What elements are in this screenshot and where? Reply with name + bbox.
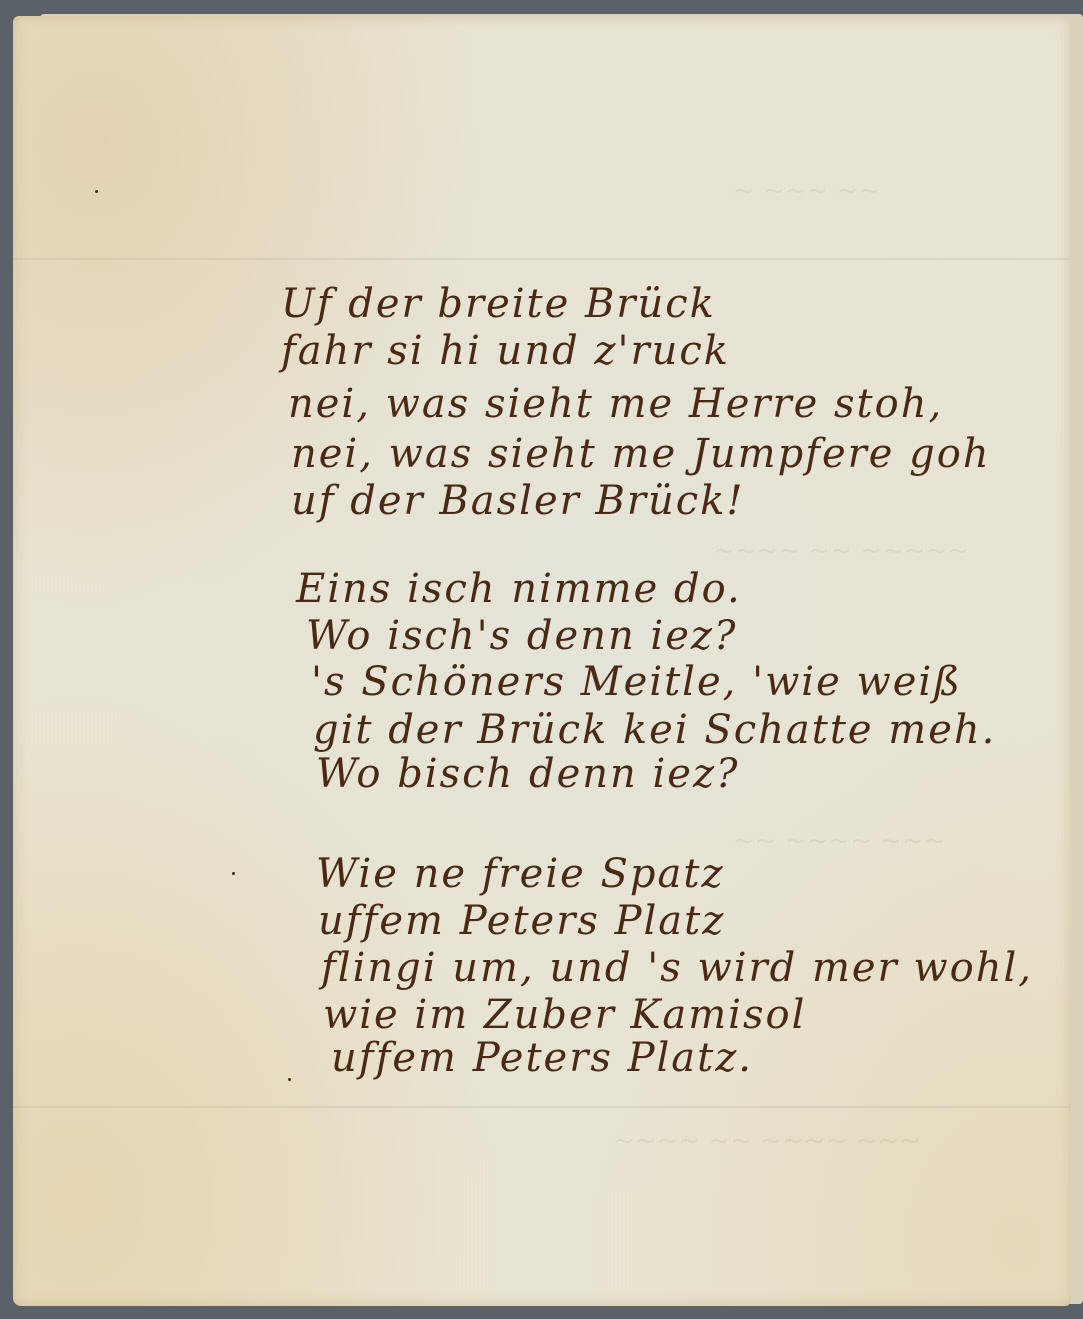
poem-line: Eins isch nimme do. bbox=[296, 569, 742, 609]
poem-line: uffem Peters Platz bbox=[318, 901, 725, 941]
poem-line: Uf der breite Brück bbox=[281, 284, 716, 324]
poem-line: fahr si hi und z'ruck bbox=[281, 331, 730, 371]
poem-line: uffem Peters Platz. bbox=[331, 1038, 753, 1078]
poem-line: git der Brück kei Schatte meh. bbox=[313, 710, 996, 750]
poem-line: nei, was sieht me Herre stoh, bbox=[288, 384, 943, 424]
manuscript-page: ~ ~~~ ~~ ~~~~ ~~ ~~~~~ ~~ ~~~~ ~~~ ~~~~ … bbox=[13, 16, 1071, 1306]
poem-line: flingi um, und 's wird mer wohl, bbox=[321, 948, 1033, 988]
ink-speck bbox=[95, 190, 98, 193]
poem-line: nei, was sieht me Jumpfere goh bbox=[291, 434, 991, 474]
poem-line: Wo isch's denn iez? bbox=[306, 616, 737, 656]
ink-speck bbox=[232, 872, 235, 875]
poem-line: Wie ne freie Spatz bbox=[316, 854, 725, 894]
poem-line: Wo bisch denn iez? bbox=[316, 754, 740, 794]
poem-line: 's Schöners Meitle, 'wie weiß bbox=[311, 662, 962, 702]
poem-text: Uf der breite Brück fahr si hi und z'ruc… bbox=[13, 16, 1071, 1306]
ink-speck bbox=[288, 1078, 291, 1081]
poem-line: wie im Zuber Kamisol bbox=[323, 995, 806, 1035]
poem-line: uf der Basler Brück! bbox=[291, 481, 744, 521]
